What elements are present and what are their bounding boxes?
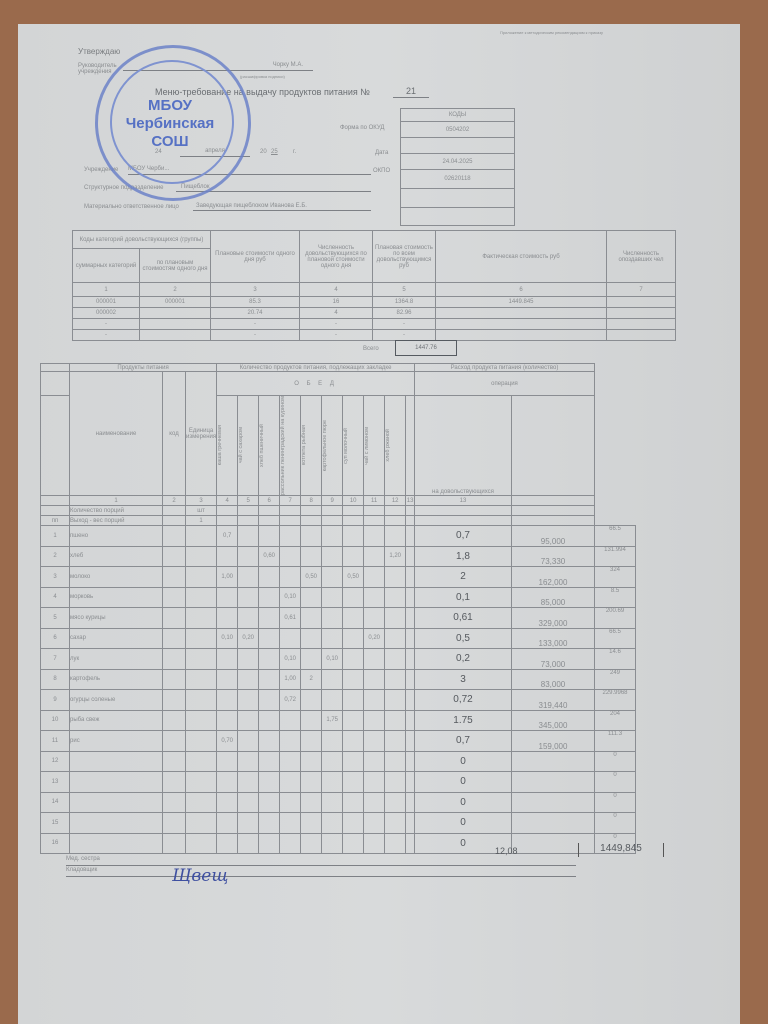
row-sum: 8.5: [595, 587, 636, 608]
dish-header: суп молочный: [343, 428, 349, 464]
qty-cell: [343, 833, 364, 854]
summary-header: Плановая стоимость по всем довольствующи…: [373, 231, 436, 283]
product-name: [70, 792, 163, 813]
qty-cell: [385, 649, 406, 670]
qty-cell: [280, 813, 301, 834]
qty-cell: [301, 587, 322, 608]
row-price: 73,330: [512, 546, 595, 567]
qty-cell: 1,75: [322, 710, 343, 731]
qty-cell: [301, 546, 322, 567]
qty-cell: 0,61: [280, 608, 301, 629]
row-qty: 1.75: [415, 710, 512, 731]
qty-cell: [238, 526, 259, 547]
qty-cell: [217, 608, 238, 629]
row-sum: 0: [595, 772, 636, 793]
qty-cell: [259, 690, 280, 711]
summary-header: Коды категорий довольствующихся (группы): [73, 231, 211, 249]
yield-value: 1: [186, 516, 217, 526]
qty-cell: [406, 813, 415, 834]
qty-cell: [322, 526, 343, 547]
summary-row: 00000220.74482.96: [73, 308, 676, 319]
qty-cell: 0,10: [322, 649, 343, 670]
qty-cell: [280, 526, 301, 547]
qty-cell: [406, 731, 415, 752]
row-qty: 3: [415, 669, 512, 690]
qty-cell: [238, 772, 259, 793]
qty-cell: [364, 649, 385, 670]
product-name: хлеб: [70, 546, 163, 567]
qty-cell: [406, 690, 415, 711]
col-number: 9: [322, 496, 343, 506]
col-number: 13: [415, 496, 512, 506]
qty-cell: [385, 608, 406, 629]
qty-cell: [280, 772, 301, 793]
qty-cell: [280, 833, 301, 854]
qty-cell: [259, 608, 280, 629]
qty-cell: [217, 813, 238, 834]
summary-cell: [607, 308, 676, 319]
row-qty: 2: [415, 567, 512, 588]
qty-cell: [385, 751, 406, 772]
summary-cell: [436, 319, 607, 330]
row-number: 15: [41, 813, 70, 834]
qty-cell: [301, 751, 322, 772]
row-price: 162,000: [512, 567, 595, 588]
qty-cell: [343, 608, 364, 629]
head-sub: (расшифровка подписи): [240, 74, 285, 79]
row-price: 345,000: [512, 710, 595, 731]
product-code: [163, 567, 186, 588]
qty-cell: [301, 608, 322, 629]
qty-cell: [406, 608, 415, 629]
product-name: огурцы соленые: [70, 690, 163, 711]
qty-cell: [217, 649, 238, 670]
qty-cell: [385, 690, 406, 711]
okud-label: Форма по ОКУД: [340, 125, 384, 131]
row-sum: 131.994: [595, 546, 636, 567]
summary-cell: -: [300, 330, 373, 341]
row-sum: 249: [595, 669, 636, 690]
qty-cell: [238, 608, 259, 629]
qty-cell: [217, 710, 238, 731]
codes-okpo: 02620118: [401, 170, 515, 189]
qty-cell: [364, 669, 385, 690]
dish-header: чай с сахаром: [238, 427, 244, 463]
responsible-label: Материально ответственное лицо: [84, 204, 179, 210]
row-price: [512, 813, 595, 834]
yield-label: Выход - вес порций: [70, 516, 163, 526]
qty-cell: [364, 833, 385, 854]
dish-header: хлеб ржаной: [385, 429, 391, 462]
codes-title: КОДЫ: [401, 109, 515, 122]
qty-cell: [322, 833, 343, 854]
summary-cell: [607, 330, 676, 341]
storekeeper-line: Кладовщик: [66, 867, 576, 877]
col-number: 5: [238, 496, 259, 506]
col-number: 12: [385, 496, 406, 506]
qty-cell: [364, 792, 385, 813]
dish-header: рассольник ленинградский на курином: [280, 396, 286, 495]
row-number: 10: [41, 710, 70, 731]
summary-header: Численность опоздавших чел: [607, 231, 676, 283]
qty-cell: [364, 567, 385, 588]
total-sum: 1449,845: [578, 843, 664, 857]
summary-cell: [436, 308, 607, 319]
qty-cell: [322, 546, 343, 567]
qty-cell: [322, 690, 343, 711]
qty-cell: [364, 710, 385, 731]
summary-cell: 16: [300, 297, 373, 308]
row-number: 14: [41, 792, 70, 813]
product-name: [70, 772, 163, 793]
row-price: [512, 792, 595, 813]
col-number: 3: [211, 283, 300, 297]
qty-cell: [280, 710, 301, 731]
row-qty: 0: [415, 813, 512, 834]
qty-cell: [343, 628, 364, 649]
row-sum: 0: [595, 751, 636, 772]
qty-cell: [322, 772, 343, 793]
qty-cell: [217, 587, 238, 608]
qty-cell: [364, 772, 385, 793]
qty-cell: [406, 526, 415, 547]
qty-cell: 2: [301, 669, 322, 690]
product-unit: [186, 587, 217, 608]
qty-cell: [301, 731, 322, 752]
product-row: 4морковь0,100,185,0008.5: [41, 587, 636, 608]
date-year-suffix: г.: [293, 149, 296, 155]
qty-cell: [259, 649, 280, 670]
row-price: [512, 772, 595, 793]
qty-cell: [406, 772, 415, 793]
date-year-prefix: 20: [260, 149, 267, 155]
summary-cell: 1449.845: [436, 297, 607, 308]
summary-cell: -: [373, 330, 436, 341]
summary-cell: 000001: [140, 297, 211, 308]
product-code: [163, 751, 186, 772]
row-price: 95,000: [512, 526, 595, 547]
product-name: мясо курицы: [70, 608, 163, 629]
codes-empty: [401, 208, 515, 226]
qty-cell: [385, 833, 406, 854]
qty-cell: [301, 690, 322, 711]
row-price: [512, 751, 595, 772]
qty-cell: [343, 526, 364, 547]
qty-cell: 1,00: [217, 567, 238, 588]
product-code: [163, 608, 186, 629]
qty-cell: [343, 690, 364, 711]
product-unit: [186, 690, 217, 711]
col-number: 1: [73, 283, 140, 297]
qty-cell: [406, 751, 415, 772]
pp-label: пп: [41, 516, 70, 526]
qty-cell: [322, 731, 343, 752]
row-sum: 14.6: [595, 649, 636, 670]
product-row: 1300: [41, 772, 636, 793]
product-unit: [186, 792, 217, 813]
qty-cell: [364, 813, 385, 834]
dish-header: чай с лимоном: [364, 427, 370, 465]
qty-cell: [364, 731, 385, 752]
product-code: [163, 649, 186, 670]
qty-cell: [406, 546, 415, 567]
col-number: 8: [301, 496, 322, 506]
row-price: 85,000: [512, 587, 595, 608]
product-name: [70, 833, 163, 854]
product-unit: [186, 772, 217, 793]
qty-cell: [280, 546, 301, 567]
row-price: 159,000: [512, 731, 595, 752]
approve-label: Утверждаю: [78, 47, 120, 56]
col-number: 13: [406, 496, 415, 506]
row-price: 133,000: [512, 628, 595, 649]
qty-cell: [301, 649, 322, 670]
qty-cell: [280, 628, 301, 649]
row-price: 319,440: [512, 690, 595, 711]
on-all-header: на довольствующихся: [415, 396, 512, 496]
qty-cell: [259, 833, 280, 854]
product-name: картофель: [70, 669, 163, 690]
product-name: пшено: [70, 526, 163, 547]
product-name: [70, 751, 163, 772]
qty-cell: 0,70: [217, 731, 238, 752]
storekeeper-label: Кладовщик: [66, 867, 97, 873]
qty-cell: [217, 772, 238, 793]
row-number: 13: [41, 772, 70, 793]
row-number: 11: [41, 731, 70, 752]
product-row: 9огурцы соленые0,720,72319,440229.9968: [41, 690, 636, 711]
qty-cell: 0,7: [217, 526, 238, 547]
qty-cell: [238, 546, 259, 567]
summary-cell: [607, 297, 676, 308]
product-row: 3молоко1,000,500,502162,000324: [41, 567, 636, 588]
row-number: 2: [41, 546, 70, 567]
name-header: наименование: [70, 372, 163, 496]
row-number: 7: [41, 649, 70, 670]
summary-cell: 82.96: [373, 308, 436, 319]
qty-cell: [301, 792, 322, 813]
okpo-label: ОКПО: [373, 168, 390, 174]
qty-cell: [406, 587, 415, 608]
qty-cell: [301, 628, 322, 649]
product-name: лук: [70, 649, 163, 670]
product-unit: [186, 751, 217, 772]
signature-block: Мед. сестра Кладовщик: [66, 856, 576, 878]
qty-cell: [301, 813, 322, 834]
qty-cell: [343, 772, 364, 793]
qty-cell: 1,20: [385, 546, 406, 567]
product-unit: [186, 567, 217, 588]
row-qty: 0,72: [415, 690, 512, 711]
total-value: 1447.76: [395, 340, 457, 356]
product-name: молоко: [70, 567, 163, 588]
qty-cell: [343, 813, 364, 834]
qty-cell: [385, 710, 406, 731]
qty-cell: [238, 669, 259, 690]
row-sum: 66.5: [595, 628, 636, 649]
qty-cell: [238, 587, 259, 608]
qty-cell: [343, 792, 364, 813]
date-label: Дата: [375, 150, 388, 156]
product-name: морковь: [70, 587, 163, 608]
qty-cell: [364, 690, 385, 711]
qty-cell: [385, 792, 406, 813]
product-unit: [186, 649, 217, 670]
qty-cell: [406, 649, 415, 670]
qty-cell: [364, 751, 385, 772]
qty-cell: [280, 731, 301, 752]
col-number: 5: [373, 283, 436, 297]
product-row: 8картофель1,002383,000249: [41, 669, 636, 690]
summary-row: ----: [73, 330, 676, 341]
qty-cell: [385, 628, 406, 649]
row-qty: 0: [415, 772, 512, 793]
row-number: 5: [41, 608, 70, 629]
summary-header: Плановые стоимости одного дня руб: [211, 231, 300, 283]
col-number: 2: [140, 283, 211, 297]
qty-cell: [259, 792, 280, 813]
expense-header: Расход продукта питания (количество): [415, 364, 595, 372]
summary-header: по плановым стоимостям одного дня: [140, 249, 211, 283]
qty-cell: 0,10: [217, 628, 238, 649]
product-code: [163, 710, 186, 731]
qty-cell: [238, 649, 259, 670]
col-number: 1: [70, 496, 163, 506]
row-sum: 229.9968: [595, 690, 636, 711]
qty-cell: [259, 751, 280, 772]
product-unit: [186, 608, 217, 629]
qty-cell: [301, 526, 322, 547]
qty-cell: [217, 792, 238, 813]
summary-row: 00000100000185.3161364.81449.845: [73, 297, 676, 308]
stamp-text: СОШ: [95, 133, 245, 150]
product-code: [163, 772, 186, 793]
qty-cell: [322, 608, 343, 629]
col-number: 4: [217, 496, 238, 506]
qty-cell: [364, 526, 385, 547]
qty-cell: [385, 587, 406, 608]
row-price: 83,000: [512, 669, 595, 690]
responsible-value: Заведующая пищеблоком Иванова Е.Б.: [193, 203, 371, 211]
row-qty: 0,7: [415, 526, 512, 547]
product-code: [163, 546, 186, 567]
product-row: 1500: [41, 813, 636, 834]
col-number: 2: [163, 496, 186, 506]
total-qty: 12,08: [495, 846, 518, 856]
qty-cell: [343, 731, 364, 752]
product-unit: [186, 710, 217, 731]
product-unit: [186, 833, 217, 854]
dish-header: котлета рыбная: [301, 425, 307, 465]
row-price: 73,000: [512, 649, 595, 670]
qty-cell: [364, 608, 385, 629]
qty-cell: [217, 833, 238, 854]
qty-cell: [322, 669, 343, 690]
qty-cell: [238, 690, 259, 711]
summary-cell: -: [373, 319, 436, 330]
qty-cell: [217, 690, 238, 711]
row-qty: 0,5: [415, 628, 512, 649]
qty-cell: [343, 751, 364, 772]
codes-empty: [401, 138, 515, 154]
qty-cell: [343, 649, 364, 670]
products-table: Продукты питания Количество продуктов пи…: [40, 363, 636, 854]
portions-label: Количество порций: [70, 506, 163, 516]
dish-header: картофельное пюре: [322, 420, 328, 471]
row-qty: 0,61: [415, 608, 512, 629]
row-qty: 0,1: [415, 587, 512, 608]
qty-cell: [385, 731, 406, 752]
row-sum: 0: [595, 813, 636, 834]
summary-cell: [140, 319, 211, 330]
qty-cell: [343, 710, 364, 731]
code-header: код: [163, 372, 186, 496]
row-number: 6: [41, 628, 70, 649]
qty-cell: [238, 751, 259, 772]
col-number: 11: [364, 496, 385, 506]
dish-header: хлеб пшеничный: [259, 424, 265, 467]
row-qty: 0: [415, 792, 512, 813]
qty-cell: [343, 587, 364, 608]
row-qty: 0: [415, 751, 512, 772]
date-year: 25: [271, 149, 278, 155]
row-sum: 111.3: [595, 731, 636, 752]
codes-table: КОДЫ 0504202 24.04.2025 02620118: [400, 108, 515, 226]
qty-cell: [301, 710, 322, 731]
row-number: 16: [41, 833, 70, 854]
qty-cell: 0,50: [343, 567, 364, 588]
product-row: 1600: [41, 833, 636, 854]
summary-cell: [607, 319, 676, 330]
summary-cell: -: [211, 319, 300, 330]
summary-cell: -: [73, 319, 140, 330]
qty-cell: [385, 567, 406, 588]
qty-cell: 0,50: [301, 567, 322, 588]
row-sum: 204: [595, 710, 636, 731]
summary-cell: 000002: [73, 308, 140, 319]
product-code: [163, 587, 186, 608]
codes-okud: 0504202: [401, 122, 515, 138]
col-number: 7: [607, 283, 676, 297]
top-note: Приложение к методическим рекомендациям …: [500, 30, 603, 35]
summary-cell: 1364.8: [373, 297, 436, 308]
summary-cell: 85.3: [211, 297, 300, 308]
product-unit: [186, 731, 217, 752]
qty-cell: 0,10: [280, 587, 301, 608]
qty-cell: [280, 792, 301, 813]
row-number: 8: [41, 669, 70, 690]
codes-date: 24.04.2025: [401, 154, 515, 170]
summary-header: суммарных категорий: [73, 249, 140, 283]
product-code: [163, 628, 186, 649]
qty-cell: [259, 526, 280, 547]
qty-cell: [406, 710, 415, 731]
qty-cell: [322, 587, 343, 608]
product-unit: [186, 813, 217, 834]
qty-header: Количество продуктов питания, подлежащих…: [217, 364, 415, 372]
row-number: 4: [41, 587, 70, 608]
product-code: [163, 731, 186, 752]
qty-cell: [322, 567, 343, 588]
row-price: 329,000: [512, 608, 595, 629]
doc-number: 21: [393, 86, 429, 98]
summary-cell: [436, 330, 607, 341]
qty-cell: 0,20: [364, 628, 385, 649]
qty-cell: [385, 772, 406, 793]
product-row: 11рис0,700,7159,000111.3: [41, 731, 636, 752]
qty-cell: [301, 772, 322, 793]
qty-cell: [238, 813, 259, 834]
